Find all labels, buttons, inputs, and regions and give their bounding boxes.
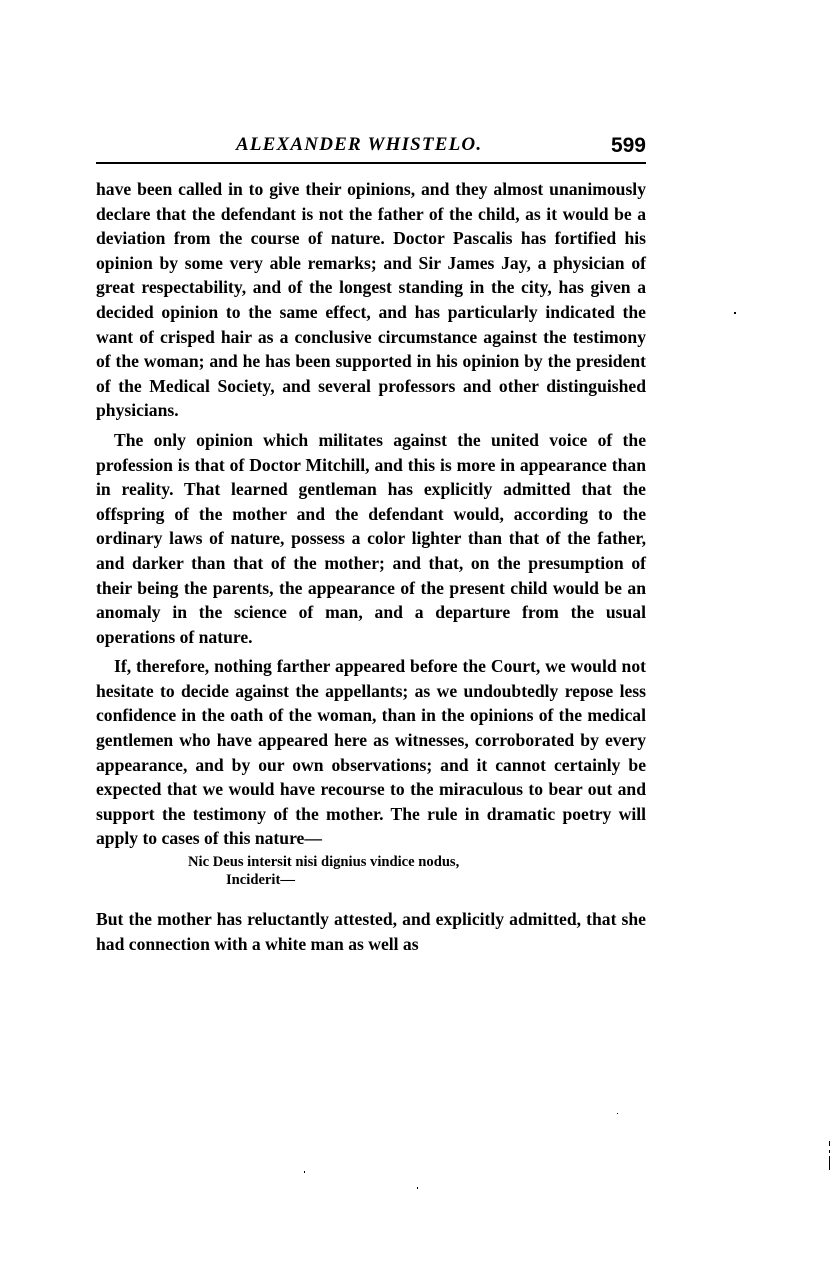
paragraph-medical-opinions: have been called in to give their opinio… bbox=[96, 177, 646, 423]
page-number: 599 bbox=[611, 134, 646, 158]
quotation-line-1: Nic Deus intersit nisi dignius vindice n… bbox=[96, 853, 646, 871]
body-text: have been called in to give their opinio… bbox=[96, 177, 646, 956]
running-header: ALEXANDER WHISTELO. 599 bbox=[96, 130, 646, 164]
scan-edge-mark bbox=[829, 1141, 830, 1146]
paragraph-mother-admission: But the mother has reluctantly attested,… bbox=[96, 907, 646, 956]
latin-quotation: Nic Deus intersit nisi dignius vindice n… bbox=[96, 853, 646, 889]
scan-speck bbox=[617, 1113, 618, 1114]
scan-edge-mark bbox=[829, 1150, 830, 1153]
paragraph-doctor-mitchill: The only opinion which militates against… bbox=[96, 428, 646, 649]
scan-speck bbox=[417, 1187, 418, 1189]
scan-speck bbox=[734, 312, 736, 314]
quotation-line-2: Inciderit— bbox=[96, 871, 646, 889]
scan-edge-mark bbox=[829, 1156, 830, 1170]
running-title: ALEXANDER WHISTELO. bbox=[236, 134, 482, 156]
scan-speck bbox=[304, 1171, 305, 1173]
book-page: ALEXANDER WHISTELO. 599 have been called… bbox=[96, 130, 646, 956]
paragraph-court-reasoning: If, therefore, nothing farther appeared … bbox=[96, 654, 646, 851]
